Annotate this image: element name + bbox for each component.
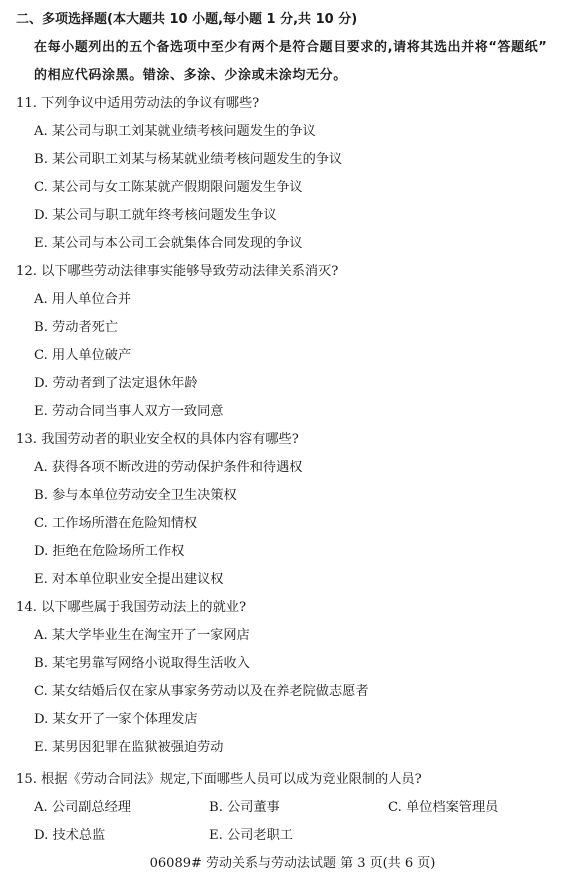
option-a: A. 用人单位合并 bbox=[34, 290, 131, 310]
option-e: E. 劳动合同当事人双方一致同意 bbox=[34, 402, 223, 422]
option-d: D. 拒绝在危险场所工作权 bbox=[34, 542, 184, 562]
option-d: D. 技术总监 bbox=[34, 826, 105, 846]
question-stem: 13. 我国劳动者的职业安全权的具体内容有哪些? bbox=[16, 430, 299, 450]
option-d: D. 某公司与职工就年终考核问题发生争议 bbox=[34, 206, 277, 226]
option-e: E. 某公司与本公司工会就集体合同发现的争议 bbox=[34, 234, 303, 254]
option-d: D. 劳动者到了法定退休年龄 bbox=[34, 374, 198, 394]
option-c: C. 工作场所潜在危险知情权 bbox=[34, 514, 197, 534]
question-stem: 11. 下列争议中适用劳动法的争议有哪些? bbox=[16, 94, 259, 114]
section-heading: 二、多项选择题(本大题共 10 小题,每小题 1 分,共 10 分) bbox=[16, 10, 357, 30]
option-a: A. 某公司与职工刘某就业绩考核问题发生的争议 bbox=[34, 122, 316, 142]
option-d: D. 某女开了一家个体理发店 bbox=[34, 710, 198, 730]
question-stem: 15. 根据《劳动合同法》规定,下面哪些人员可以成为竞业限制的人员? bbox=[16, 770, 422, 790]
option-c: C. 某女结婚后仅在家从事家务劳动以及在养老院做志愿者 bbox=[34, 682, 369, 702]
option-a: A. 某大学毕业生在淘宝开了一家网店 bbox=[34, 626, 250, 646]
option-c: C. 某公司与女工陈某就产假期限问题发生争议 bbox=[34, 178, 303, 198]
option-c: C. 单位档案管理员 bbox=[388, 798, 498, 818]
question-stem: 12. 以下哪些劳动法律事实能够导致劳动法律关系消灭? bbox=[16, 262, 338, 282]
option-b: B. 参与本单位劳动安全卫生决策权 bbox=[34, 486, 237, 506]
option-c: C. 用人单位破产 bbox=[34, 346, 131, 366]
option-b: B. 某公司职工刘某与杨某就业绩考核问题发生的争议 bbox=[34, 150, 342, 170]
question-stem: 14. 以下哪些属于我国劳动法上的就业? bbox=[16, 598, 246, 618]
option-b: B. 劳动者死亡 bbox=[34, 318, 118, 338]
option-e: E. 对本单位职业安全提出建议权 bbox=[34, 570, 223, 590]
option-a: A. 获得各项不断改进的劳动保护条件和待遇权 bbox=[34, 458, 302, 478]
instructions-line-2: 的相应代码涂黑。错涂、多涂、少涂或未涂均无分。 bbox=[34, 66, 347, 86]
option-e: E. 某男因犯罪在监狱被强迫劳动 bbox=[34, 738, 223, 758]
option-e: E. 公司老职工 bbox=[209, 826, 293, 846]
option-a: A. 公司副总经理 bbox=[34, 798, 131, 818]
option-b: B. 某宅男靠写网络小说取得生活收入 bbox=[34, 654, 250, 674]
option-b: B. 公司董事 bbox=[209, 798, 280, 818]
instructions-line-1: 在每小题列出的五个备选项中至少有两个是符合题目要求的,请将其选出并将“答题纸” bbox=[34, 38, 547, 58]
page-footer: 06089# 劳动关系与劳动法试题 第 3 页(共 6 页) bbox=[0, 854, 585, 874]
